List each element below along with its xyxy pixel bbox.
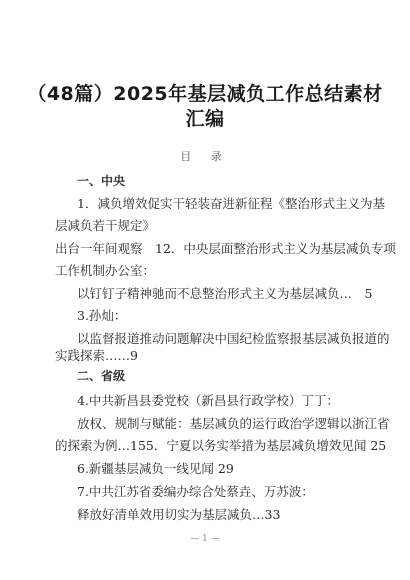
- toc-entry: 实践探索……9: [55, 346, 138, 364]
- toc-entry: 出台一年间观察 12．中央层面整治形式主义为基层减负专项: [55, 239, 396, 257]
- page-number: — 1 —: [0, 534, 410, 544]
- toc-entry: 层减负若干规定》: [55, 216, 155, 234]
- toc-entry: 6.新疆基层减负一线见闻 29: [77, 459, 234, 477]
- toc-entry: 工作机制办公室：: [55, 261, 155, 279]
- section-heading-central: 一、中央: [77, 172, 125, 189]
- toc-entry: 1．减负增效促实干轻装奋进新征程《整治形式主义为基: [77, 194, 385, 212]
- toc-entry: 3.孙灿：: [77, 306, 126, 324]
- toc-heading: 目 录: [0, 148, 410, 164]
- toc-entry: 7.中共江苏省委编办综合处蔡垚、万苏波：: [77, 482, 314, 500]
- toc-entry: 释放好清单效用切实为基层减负…33: [77, 505, 280, 523]
- toc-entry: 放权、规制与赋能：基层减负的运行政治学逻辑以浙江省: [77, 414, 390, 432]
- toc-entry: 的探索为例…155．宁夏以务实举措为基层减负增效见闻 25: [55, 436, 386, 454]
- toc-entry: 以监督报道推动问题解决中国纪检监察报基层减负报道的: [77, 329, 390, 347]
- document-title-line-2: 汇编: [0, 104, 410, 131]
- toc-entry: 以钉钉子精神驰而不息整治形式主义为基层减负… 5: [77, 284, 372, 302]
- section-heading-provincial: 二、省级: [77, 367, 125, 384]
- document-title-line-1: （48篇）2025年基层减负工作总结素材: [0, 79, 410, 106]
- toc-entry: 4.中共新昌县委党校（新昌县行政学校）丁丁：: [77, 391, 339, 409]
